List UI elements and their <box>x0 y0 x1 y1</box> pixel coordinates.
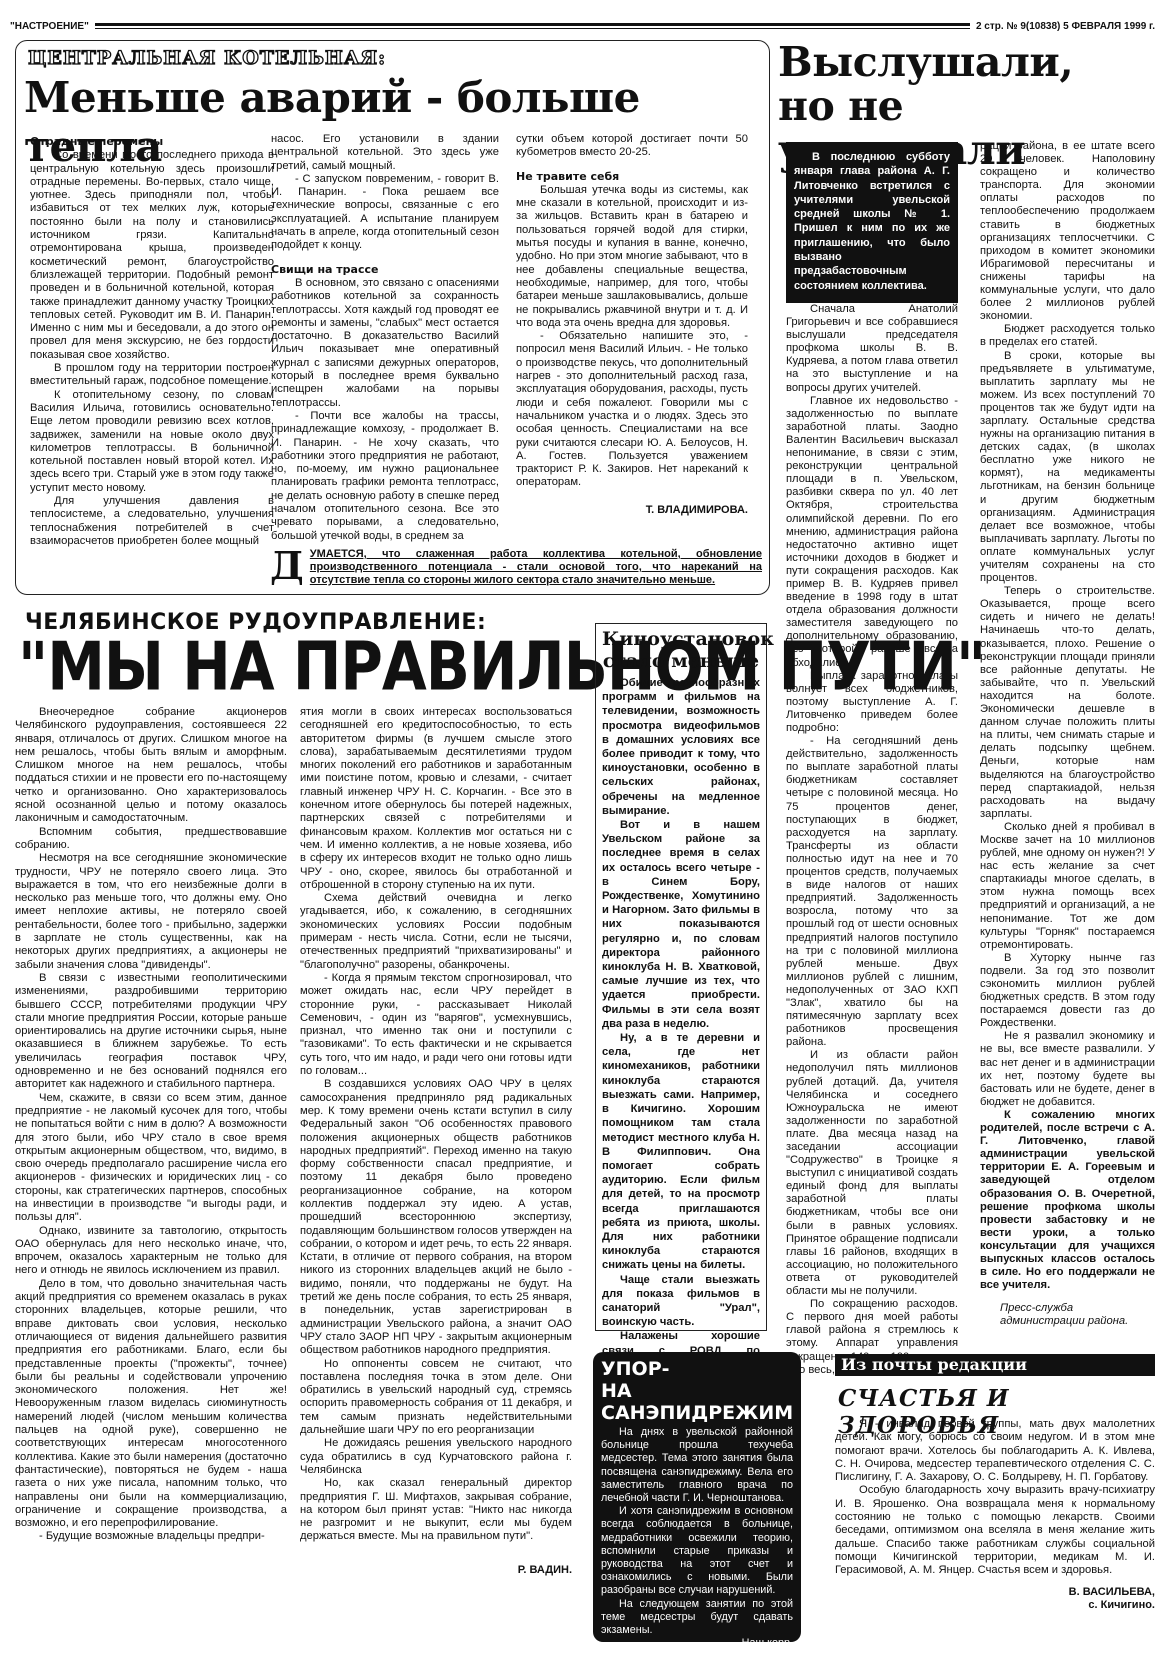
article-signature: Пресс-служба администрации района. <box>980 1302 1155 1328</box>
issue-info: 2 стр. № 9(10838) 5 ФЕВРАЛЯ 1999 г. <box>976 21 1155 32</box>
article-upor-box: УПОР- НА САНЭПИДРЕЖИМ На днях в увельско… <box>593 1352 801 1642</box>
paragraph: Бюджет расходуется только в пределах его… <box>980 323 1155 349</box>
paragraph: - Будущие возможные владельцы предпри- <box>15 1530 287 1543</box>
paragraph: В основном, это связано с опасениями раб… <box>271 277 499 410</box>
paragraph: Вот и в нашем Увельском районе за послед… <box>602 818 760 1031</box>
article-signature: Р. ВАДИН. <box>300 1564 572 1577</box>
paragraph: В создавшихся условиях ОАО ЧРУ в целях с… <box>300 1078 572 1357</box>
article-signature: Т. ВЛАДИМИРОВА. <box>516 504 748 517</box>
paragraph: В сроки, которые вы предъявляете в ульти… <box>980 350 1155 586</box>
paragraph: Однако, извините за тавтологию, открытос… <box>15 1225 287 1278</box>
paragraph: - Обязательно напишите это, - попросил м… <box>516 330 748 490</box>
paragraph: На днях в увельской районной больнице пр… <box>601 1426 793 1505</box>
paragraph: Но оппоненты совсем не считают, что пост… <box>300 1358 572 1438</box>
article-kotelnaya: ЦЕНТРАЛЬНАЯ КОТЕЛЬНАЯ: Меньше аварий - б… <box>15 40 770 595</box>
rubric-bar: Из почты редакции <box>835 1354 1155 1376</box>
subheading: Не травите себя <box>516 170 748 183</box>
lead-text: В последнюю субботу января глава района … <box>794 150 950 293</box>
article-chru-column-2: ятия могли в своих интересах воспользова… <box>300 706 572 1577</box>
paragraph: Сколько дней я пробивал в Москве зачет н… <box>980 821 1155 952</box>
article-column-3: сутки объем которой достигает почти 50 к… <box>516 133 748 517</box>
paper-name: "НАСТРОЕНИЕ" <box>10 21 89 32</box>
paragraph: Несмотря на все сегодняшние экономически… <box>15 852 287 972</box>
paragraph: Со времени моего последнего прихода в це… <box>30 149 274 362</box>
paragraph: В Хуторку нынче газ подвели. За год это … <box>980 952 1155 1031</box>
paragraph: Сначала Анатолий Григорьевич и все собра… <box>786 303 958 395</box>
paragraph: Схема действий очевидна и легко угадывае… <box>300 892 572 972</box>
paragraph: Обилие разнообразных программ и фильмов … <box>602 676 760 818</box>
paragraph: На следующем занятии по этой теме медсес… <box>601 1598 793 1638</box>
headline-line: Выслушали, <box>778 40 1158 84</box>
paragraph: - Когда я прямым текстом спрогнозировал,… <box>300 972 572 1078</box>
paragraph: В связи с известными геополитическими из… <box>15 972 287 1092</box>
article-lead-box: В последнюю субботу января глава района … <box>786 142 958 303</box>
conclusion-note: Д УМАЕТСЯ, что слаженная работа коллекти… <box>270 548 762 587</box>
subheading: Свищи на трассе <box>271 263 499 276</box>
article-signature: Наш корр. <box>601 1637 793 1650</box>
paragraph: Для улучшения давления в теплосистеме, а… <box>30 495 274 548</box>
paragraph: В прошлом году на территории построен вм… <box>30 362 274 389</box>
paragraph: - На сегодняшний день действительно, зад… <box>786 735 958 1049</box>
paragraph: Внеочередное собрание акционеров Челябин… <box>15 706 287 826</box>
article-vyslushali-column-2: рации района, в ее штате всего 20 челове… <box>980 140 1155 1328</box>
article-column-1: Отрадные перемены Со времени моего после… <box>30 133 274 548</box>
paragraph: Большая утечка воды из системы, как мне … <box>516 184 748 330</box>
article-column-2: насос. Его установили в здании центральн… <box>271 133 499 543</box>
paragraph: Дело в том, что довольно значительная ча… <box>15 1278 287 1531</box>
signature-name: В. ВАСИЛЬЕВА, <box>835 1586 1155 1599</box>
article-pochta-body: Я - инвалид первой группы, мать двух мал… <box>835 1418 1155 1612</box>
headline-line: УПОР- <box>601 1358 793 1380</box>
paragraph: Я - инвалид первой группы, мать двух мал… <box>835 1418 1155 1484</box>
paragraph: Не я развалил экономику и не вы, все вме… <box>980 1030 1155 1109</box>
paragraph-bold: К сожалению многих родителей, после встр… <box>980 1109 1155 1292</box>
masthead: "НАСТРОЕНИЕ" 2 стр. № 9(10838) 5 ФЕВРАЛЯ… <box>10 18 1155 34</box>
article-chru-headline: "МЫ НА ПРАВИЛЬНОМ ПУТИ" <box>18 632 985 701</box>
paragraph: Чем, скажите, в связи со всем этим, данн… <box>15 1092 287 1225</box>
masthead-rule <box>95 23 970 29</box>
headline-line: стало меньше <box>602 650 760 672</box>
paragraph: рации района, в ее штате всего 20 челове… <box>980 140 1155 323</box>
paragraph: К отопительному сезону, по словам Васили… <box>30 389 274 495</box>
signature-place: с. Кичигино. <box>835 1599 1155 1612</box>
paragraph: Но, как сказал генеральный директор пред… <box>300 1477 572 1543</box>
article-kicker: ЦЕНТРАЛЬНАЯ КОТЕЛЬНАЯ: <box>28 47 386 69</box>
paragraph: И из области район недополучил пять милл… <box>786 1049 958 1298</box>
paragraph: ятия могли в своих интересах воспользова… <box>300 706 572 892</box>
paragraph: - Почти все жалобы на трассы, принадлежа… <box>271 410 499 543</box>
paragraph: насос. Его установили в здании центральн… <box>271 133 499 173</box>
paragraph: - С запуском повременим, - говорит В. И.… <box>271 173 499 253</box>
paragraph: И хотя санэпидрежим в основном всегда со… <box>601 1505 793 1597</box>
subheading: Отрадные перемены <box>30 135 274 148</box>
paragraph: Чаще стали выезжать для показа фильмов в… <box>602 1273 760 1330</box>
paragraph: Теперь о строительстве. Оказывается, про… <box>980 585 1155 821</box>
drop-cap: Д <box>270 548 304 587</box>
article-chru-column-1: Внеочередное собрание акционеров Челябин… <box>15 706 287 1544</box>
paragraph: Вспомним события, предшествовавшие собра… <box>15 826 287 853</box>
conclusion-text: УМАЕТСЯ, что слаженная работа коллектива… <box>310 548 762 587</box>
paragraph: Не дожидаясь решения увельского народног… <box>300 1437 572 1477</box>
paragraph: Ну, а в те деревни и села, где нет кином… <box>602 1031 760 1272</box>
paragraph: Особую благодарность хочу выразить врачу… <box>835 1484 1155 1577</box>
headline-line: НА САНЭПИДРЕЖИМ <box>601 1380 793 1424</box>
article-vyslushali-column-1: Сначала Анатолий Григорьевич и все собра… <box>786 303 958 1377</box>
headline-line: Киноустановок <box>602 628 760 650</box>
article-kino-box: Киноустановок стало меньше Обилие разноо… <box>595 623 767 1331</box>
paragraph: сутки объем которой достигает почти 50 к… <box>516 133 748 160</box>
